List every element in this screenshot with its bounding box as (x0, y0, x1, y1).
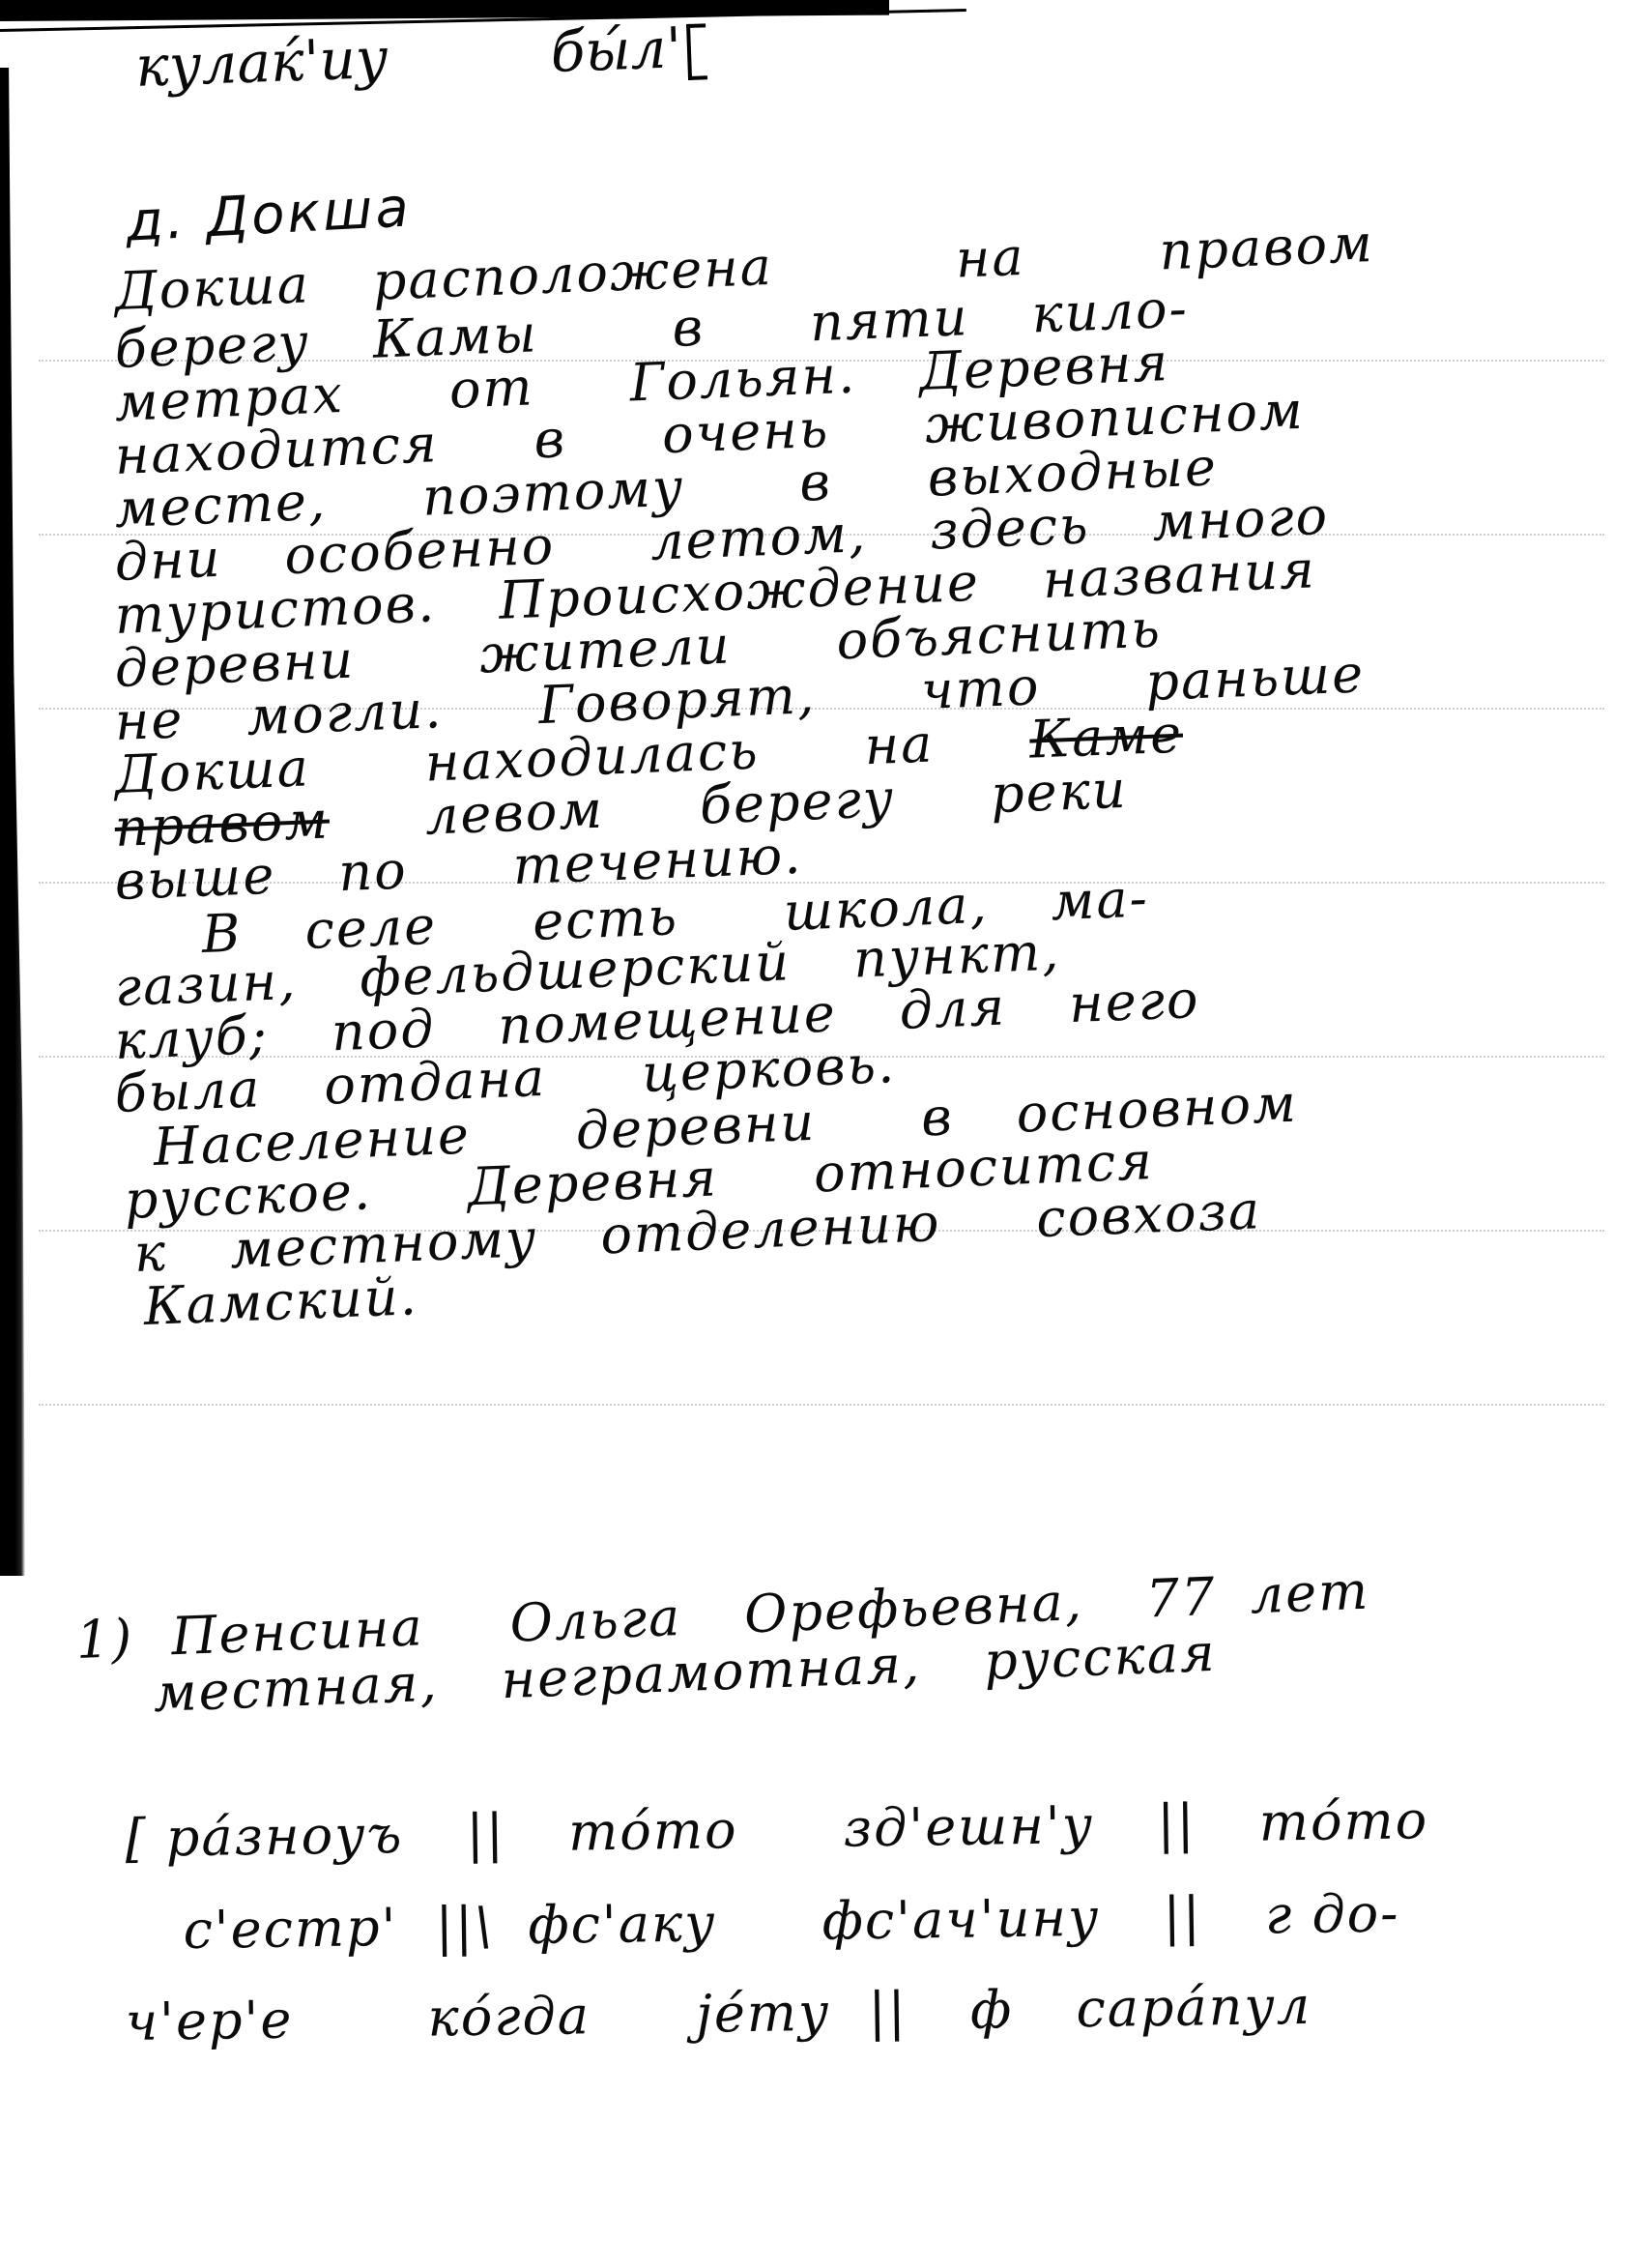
separator: ||\ (435, 1896, 494, 1958)
word: то́то (1258, 1789, 1428, 1852)
word: ко́гда (427, 1985, 591, 2048)
separator: || (1157, 1793, 1196, 1855)
word: то́то (568, 1799, 738, 1862)
page-title: д. Докша (125, 176, 414, 253)
word: на (955, 226, 1026, 290)
word: зд'ешн'у (843, 1794, 1094, 1859)
word: jе́ту (696, 1982, 831, 2045)
word: для (898, 976, 1007, 1041)
separator: || (466, 1803, 505, 1865)
word: г до- (1265, 1882, 1400, 1945)
word: лет (1249, 1560, 1370, 1626)
word: ф (970, 1979, 1014, 2041)
word: русская (983, 1622, 1218, 1692)
word: совхоза (1035, 1179, 1262, 1249)
header-word: бы́л' (550, 15, 683, 85)
word: фс'аку (528, 1892, 717, 1956)
informant-number: 1) (75, 1608, 135, 1671)
header-word: кулаќ'иу (134, 25, 389, 100)
word: ч'ер'е (125, 1990, 294, 2052)
word: 77 (1145, 1566, 1218, 1630)
separator: || (868, 1981, 908, 2043)
transcription-line: с'естр' ||\ фс'аку фс'ач'ину || г до- (183, 1882, 1445, 1961)
ruled-line (39, 1404, 1604, 1406)
word: по (337, 839, 409, 903)
word: с'естр' (183, 1897, 398, 1961)
scan-left-edge (0, 68, 25, 1576)
bracket-mark (686, 23, 707, 80)
word: местная, (153, 1652, 440, 1724)
word: фс'ач'ину (821, 1887, 1101, 1952)
word: сара́пул (1076, 1975, 1312, 2039)
paragraph-line: Камский. (143, 1264, 464, 1337)
word: [ ра́зноуъ (125, 1804, 404, 1869)
transcription-line: [ ра́зноуъ || то́то зд'ешн'у || то́то (125, 1789, 1473, 1869)
word: реки (990, 759, 1129, 825)
word: правом (1158, 213, 1375, 281)
word: Камский. (143, 1265, 419, 1337)
transcription-line: ч'ер'е ко́гда jе́ту || ф сара́пул (125, 1974, 1356, 2052)
page-header: кулаќ'иу бы́л' (134, 9, 852, 100)
word: раньше (1144, 643, 1366, 712)
word: него (1068, 969, 1201, 1034)
word: отделению (599, 1192, 941, 1265)
separator: || (1163, 1885, 1202, 1947)
